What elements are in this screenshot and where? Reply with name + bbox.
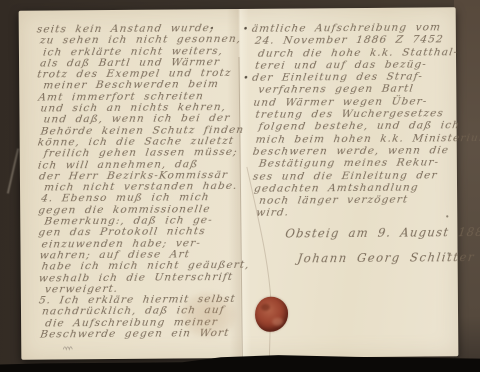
wax-seal bbox=[255, 297, 288, 332]
handwriting-line: folgend bestehe, und daß ich bbox=[258, 120, 459, 134]
paper-blemish bbox=[63, 347, 72, 350]
right-page: •ämtliche Aufschreibung vom24. November … bbox=[252, 21, 459, 265]
dateline: Obsteig am 9. August 1887 bbox=[284, 225, 459, 240]
handwriting-line: Bestätigung meines Rekur- bbox=[258, 157, 459, 171]
letter-paper: seits kein Anstand wurde;zu sehen ich ni… bbox=[19, 7, 459, 359]
water-stain bbox=[179, 291, 237, 339]
handwriting-line: wird. bbox=[255, 206, 459, 220]
photograph-of-letter: seits kein Anstand wurde;zu sehen ich ni… bbox=[0, 0, 480, 372]
background-scratch bbox=[7, 148, 19, 193]
signature: Johann Georg Schlitter bbox=[297, 250, 460, 265]
handwriting-line: 24. November 1886 Z 7452 bbox=[254, 34, 458, 48]
